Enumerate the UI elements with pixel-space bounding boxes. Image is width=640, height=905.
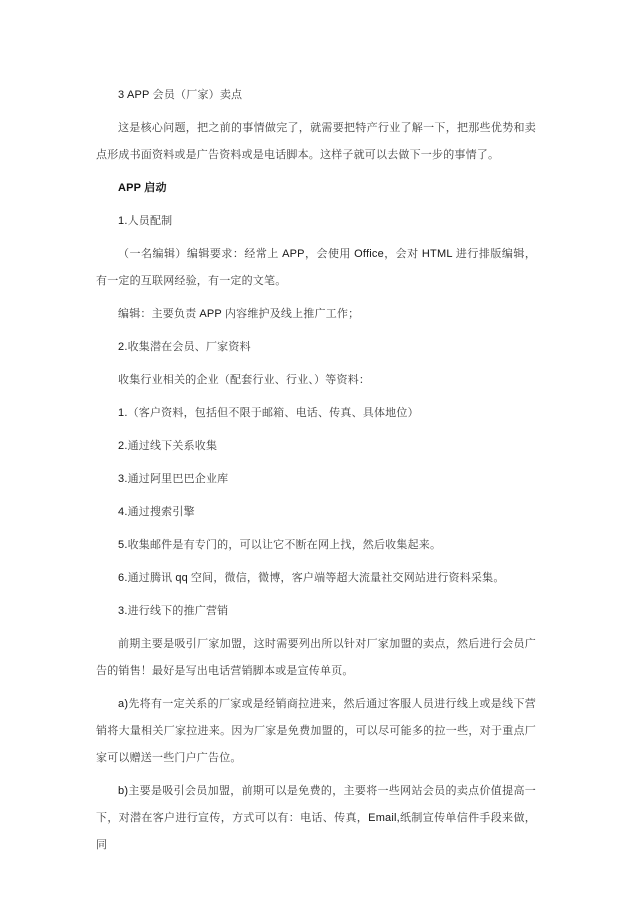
subitem-5-email-collector: 5.收集邮件是有专门的，可以让它不断在网上找，然后收集起来。 [96,532,536,559]
text-run: 3 APP [118,89,153,101]
subitem-1-customer-data: 1.（客户资料，包括但不限于邮箱、电话、传真、具体地位） [96,400,536,427]
text-run: ，会使用 [305,248,354,260]
para-b-attract-members: b)主要是吸引会员加盟，前期可以是免费的，主要将一些网站会员的卖点价值提高一下，… [96,778,536,859]
item-1-staffing: 1.人员配制 [96,208,536,235]
document-body: 3 APP 会员（厂家）卖点这是核心问题，把之前的事情做完了，就需要把特产行业了… [96,82,536,859]
text-run: qq [175,572,188,584]
text-run: 2. [118,440,128,452]
text-run: 启动 [144,182,166,194]
text-run: 1. [118,215,128,227]
para-core-problem: 这是核心问题，把之前的事情做完了，就需要把特产行业了解一下，把那些优势和卖点形成… [96,115,536,169]
heading-app-launch: APP 启动 [96,175,536,202]
para-editor-requirements: （一名编辑）编辑要求：经常上 APP，会使用 Office，会对 HTML 进行… [96,241,536,295]
text-run: 收集潜在会员、厂家资料 [128,341,251,353]
text-run: 3. [118,473,128,485]
para-collect-industry-companies: 收集行业相关的企业（配套行业、行业、）等资料： [96,367,536,394]
text-run: 2. [118,341,128,353]
text-run: b) [118,785,128,797]
text-run: 1. [118,407,128,419]
text-run: APP [282,248,305,260]
heading-section-3-app-member-selling-points: 3 APP 会员（厂家）卖点 [96,82,536,109]
text-run: 通过线下关系收集 [128,440,218,452]
text-run: a) [118,698,128,710]
text-run: 编辑：主要负责 [118,308,199,320]
text-run: 通过腾讯 [128,572,176,584]
text-run: 内容维护及线上推广工作； [222,308,359,320]
text-run: APP [199,308,222,320]
text-run: Office [354,248,384,260]
text-run: 6. [118,572,128,584]
text-run: 收集行业相关的企业（配套行业、行业、）等资料： [118,374,370,386]
text-run: （客户资料，包括但不限于邮箱、电话、传真、具体地位） [128,407,419,419]
text-run: 收集邮件是有专门的，可以让它不断在网上找，然后收集起来。 [128,539,442,551]
text-run: 通过阿里巴巴企业库 [128,473,229,485]
text-run: 人员配制 [128,215,173,227]
text-run: 这是核心问题，把之前的事情做完了，就需要把特产行业了解一下，把那些优势和卖点形成… [96,122,536,161]
text-run: ，会对 [384,248,422,260]
para-early-stage-attract-factories: 前期主要是吸引厂家加盟，这时需要列出所以针对厂家加盟的卖点，然后进行会员广告的销… [96,631,536,685]
text-run: 通过搜索引擎 [128,506,195,518]
text-run: 会员（厂家）卖点 [153,89,243,101]
subitem-3-alibaba-database: 3.通过阿里巴巴企业库 [96,466,536,493]
text-run: 先将有一定关系的厂家或是经销商拉进来，然后通过客服人员进行线上或是线下营销将大量… [96,698,536,764]
item-3-offline-marketing: 3.进行线下的推广营销 [96,598,536,625]
subitem-6-social-network-collect: 6.通过腾讯 qq 空间，微信，微博，客户端等超大流量社交网站进行资料采集。 [96,565,536,592]
document-page: 3 APP 会员（厂家）卖点这是核心问题，把之前的事情做完了，就需要把特产行业了… [0,0,640,905]
text-run: 3. [118,605,128,617]
text-run: 前期主要是吸引厂家加盟，这时需要列出所以针对厂家加盟的卖点，然后进行会员广告的销… [96,638,536,677]
text-run: APP [118,182,144,194]
text-run: 5. [118,539,128,551]
text-run: （一名编辑）编辑要求：经常上 [118,248,282,260]
text-run: 进行线下的推广营销 [128,605,229,617]
text-run: 4. [118,506,128,518]
para-a-pull-in-factories: a)先将有一定关系的厂家或是经销商拉进来，然后通过客服人员进行线上或是线下营销将… [96,691,536,772]
text-run: Email, [368,812,400,824]
subitem-4-search-engine: 4.通过搜索引擎 [96,499,536,526]
text-run: 空间，微信，微博，客户端等超大流量社交网站进行资料采集。 [188,572,505,584]
para-editor-duty: 编辑：主要负责 APP 内容维护及线上推广工作； [96,301,536,328]
item-2-collect-member-factory-data: 2.收集潜在会员、厂家资料 [96,334,536,361]
text-run: HTML [422,248,453,260]
subitem-2-offline-relations: 2.通过线下关系收集 [96,433,536,460]
